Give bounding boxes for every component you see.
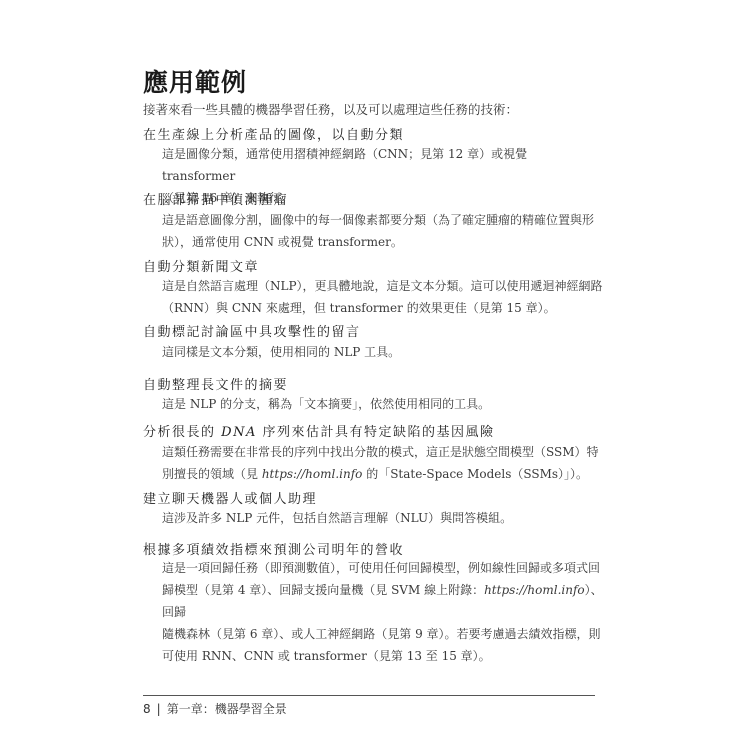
- body-line: 這是語意圖像分割，圖像中的每一個像素都要分類（為了確定腫瘤的精確位置與形: [162, 209, 604, 231]
- dna-emphasis: DNA: [221, 425, 257, 440]
- item-title: 在腦部掃描中偵測腫瘤: [143, 189, 288, 208]
- item-body: 這涉及許多 NLP 元件，包括自然語言理解（NLU）與問答模組。: [162, 507, 604, 529]
- url-link[interactable]: https://homl.info: [262, 467, 363, 481]
- body-line: 這是自然語言處理（NLP），更具體地說，這是文本分類。這可以使用遞迴神經網路: [162, 275, 604, 297]
- item-title: 自動標記討論區中具攻擊性的留言: [143, 321, 361, 340]
- book-page: 應用範例 接著來看一些具體的機器學習任務，以及可以處理這些任務的技術： 在生產線…: [0, 0, 750, 750]
- footer-divider: [143, 695, 595, 696]
- body-line: 隨機森林（見第 6 章）、或人工神經網路（見第 9 章）。若要考慮過去績效指標，…: [162, 623, 604, 645]
- item-title: 建立聊天機器人或個人助理: [143, 488, 317, 507]
- body-line: 可使用 RNN、CNN 或 transformer（見第 13 至 15 章）。: [162, 645, 604, 667]
- footer-separator: |: [157, 702, 161, 716]
- body-line: 這是 NLP 的分支，稱為「文本摘要」，依然使用相同的工具。: [162, 393, 604, 415]
- item-title: 分析很長的 DNA 序列來估計具有特定缺陷的基因風險: [143, 421, 494, 440]
- item-title: 自動整理長文件的摘要: [143, 374, 288, 393]
- item-body: 這是 NLP 的分支，稱為「文本摘要」，依然使用相同的工具。: [162, 393, 604, 415]
- item-body: 這同樣是文本分類，使用相同的 NLP 工具。: [162, 341, 604, 363]
- body-line: （RNN）與 CNN 來處理，但 transformer 的效果更佳（見第 15…: [162, 297, 604, 319]
- body-line: 這是一項回歸任務（即預測數值），可使用任何回歸模型，例如線性回歸或多項式回: [162, 557, 604, 579]
- body-line: 這是圖像分類，通常使用摺積神經網路（CNN；見第 12 章）或視覺 transf…: [162, 143, 604, 187]
- page-number: 8: [143, 702, 151, 716]
- url-link[interactable]: https://homl.info: [484, 583, 585, 597]
- item-body: 這類任務需要在非常長的序列中找出分散的模式，這正是狀態空間模型（SSM）特 別擅…: [162, 441, 604, 485]
- body-line: 這涉及許多 NLP 元件，包括自然語言理解（NLU）與問答模組。: [162, 507, 604, 529]
- chapter-title: 第一章：機器學習全景: [167, 702, 287, 716]
- section-intro: 接著來看一些具體的機器學習任務，以及可以處理這些任務的技術：: [143, 100, 518, 118]
- body-line: 歸模型（見第 4 章）、回歸支援向量機（見 SVM 線上附錄：https://h…: [162, 579, 604, 623]
- item-body: 這是語意圖像分割，圖像中的每一個像素都要分類（為了確定腫瘤的精確位置與形 狀），…: [162, 209, 604, 253]
- item-title: 根據多項績效指標來預測公司明年的營收: [143, 539, 404, 558]
- body-line: 別擅長的領域（見 https://homl.info 的「State-Space…: [162, 463, 604, 485]
- page-footer: 8|第一章：機器學習全景: [143, 700, 287, 717]
- body-line: 這同樣是文本分類，使用相同的 NLP 工具。: [162, 341, 604, 363]
- item-body: 這是一項回歸任務（即預測數值），可使用任何回歸模型，例如線性回歸或多項式回 歸模…: [162, 557, 604, 667]
- body-line: 狀），通常使用 CNN 或視覺 transformer。: [162, 231, 604, 253]
- item-title: 在生產線上分析產品的圖像，以自動分類: [143, 124, 404, 143]
- item-body: 這是自然語言處理（NLP），更具體地說，這是文本分類。這可以使用遞迴神經網路 （…: [162, 275, 604, 319]
- section-title: 應用範例: [143, 63, 247, 99]
- body-line: 這類任務需要在非常長的序列中找出分散的模式，這正是狀態空間模型（SSM）特: [162, 441, 604, 463]
- item-title: 自動分類新聞文章: [143, 256, 259, 275]
